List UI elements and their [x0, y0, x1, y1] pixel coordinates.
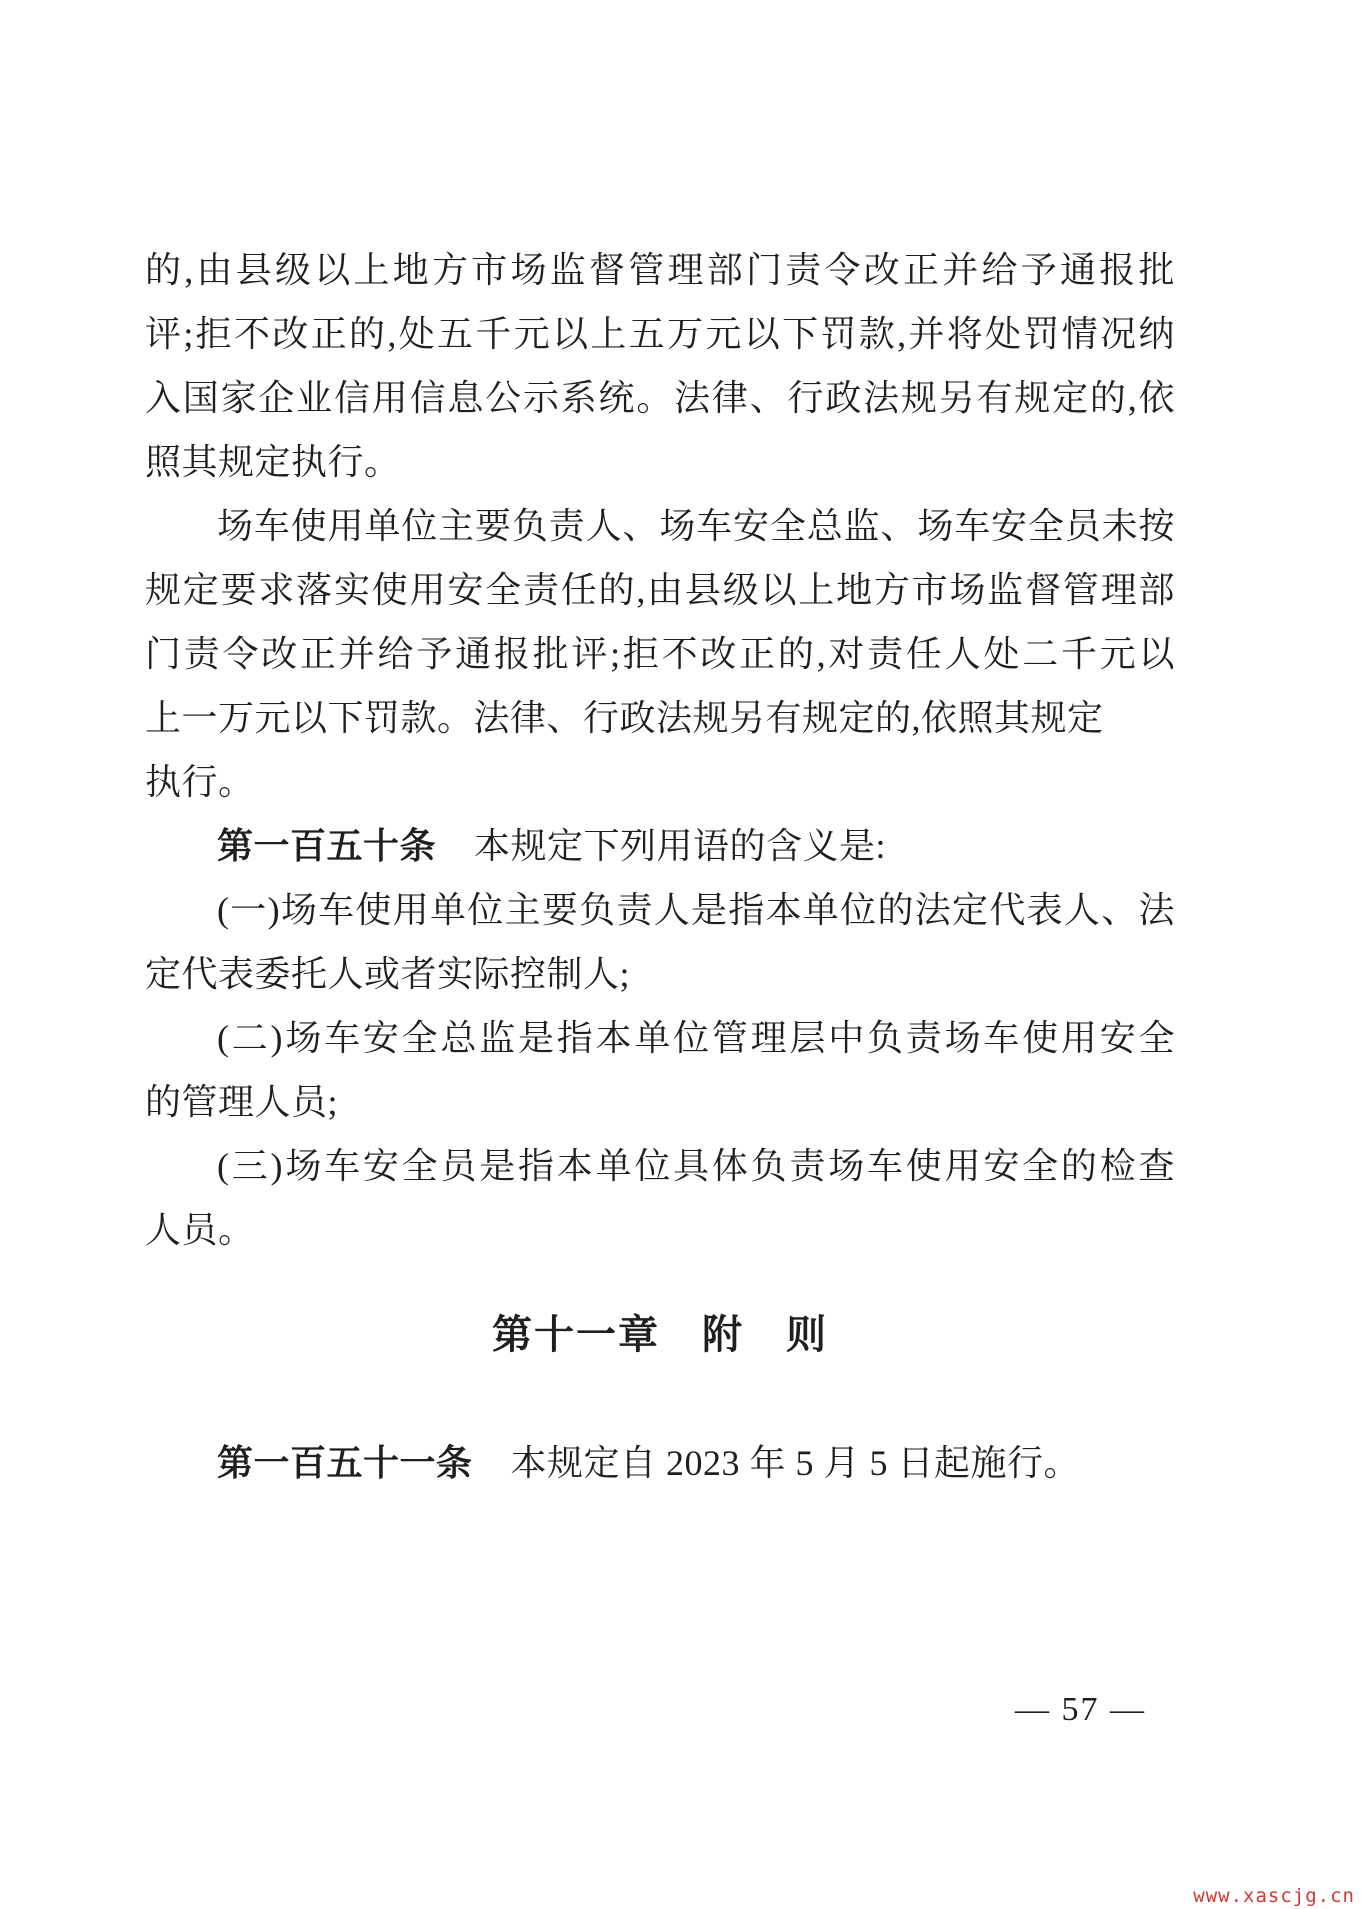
- text-line: 的管理人员;: [145, 1070, 1175, 1134]
- final-article-line: 第一百五十一条本规定自 2023 年 5 月 5 日起施行。: [145, 1431, 1175, 1495]
- article-number: 第一百五十一条: [217, 1442, 473, 1483]
- document-page: 的,由县级以上地方市场监督管理部门责令改正并给予通报批 评;拒不改正的,处五千元…: [0, 0, 1361, 1909]
- text-line: 上一万元以下罚款。法律、行政法规另有规定的,依照其规定: [145, 686, 1175, 750]
- text-line: (三)场车安全员是指本单位具体负责场车使用安全的检查: [145, 1134, 1175, 1198]
- page-number: — 57 —: [1015, 1690, 1146, 1730]
- text-line: 照其规定执行。: [145, 430, 1175, 494]
- article-line: 第一百五十条本规定下列用语的含义是:: [145, 814, 1175, 878]
- text-line: 评;拒不改正的,处五千元以上五万元以下罚款,并将处罚情况纳: [145, 302, 1175, 366]
- text-line: 场车使用单位主要负责人、场车安全总监、场车安全员未按: [145, 494, 1175, 558]
- text-line: 人员。: [145, 1198, 1175, 1262]
- chapter-heading: 第十一章 附 则: [145, 1303, 1175, 1367]
- text-line: 定代表委托人或者实际控制人;: [145, 942, 1175, 1006]
- text-line: (一)场车使用单位主要负责人是指本单位的法定代表人、法: [145, 878, 1175, 942]
- text-line: (二)场车安全总监是指本单位管理层中负责场车使用安全: [145, 1006, 1175, 1070]
- text-line: 规定要求落实使用安全责任的,由县级以上地方市场监督管理部: [145, 558, 1175, 622]
- article-text: 本规定下列用语的含义是:: [474, 826, 886, 866]
- text-line: 入国家企业信用信息公示系统。法律、行政法规另有规定的,依: [145, 366, 1175, 430]
- text-line: 执行。: [145, 750, 1175, 814]
- article-text: 本规定自 2023 年 5 月 5 日起施行。: [511, 1443, 1081, 1483]
- text-line: 门责令改正并给予通报批评;拒不改正的,对责任人处二千元以: [145, 622, 1175, 686]
- article-number: 第一百五十条: [217, 825, 436, 866]
- text-line: 的,由县级以上地方市场监督管理部门责令改正并给予通报批: [145, 238, 1175, 302]
- watermark: www.xascjg.cn: [1193, 1886, 1355, 1906]
- body-text: 的,由县级以上地方市场监督管理部门责令改正并给予通报批 评;拒不改正的,处五千元…: [145, 238, 1175, 1495]
